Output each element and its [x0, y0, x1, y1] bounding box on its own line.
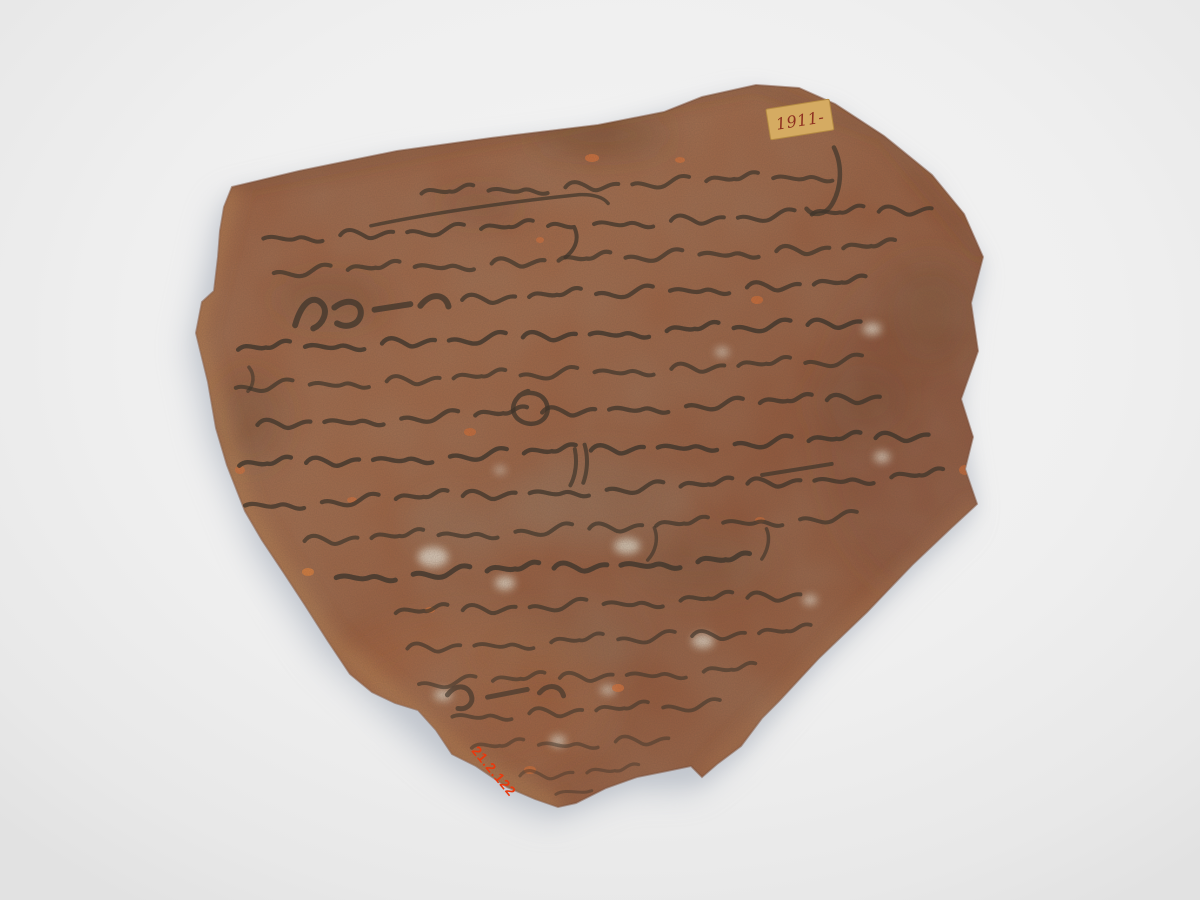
ostracon-photo: 1911- 21.2.122: [0, 0, 1200, 900]
photo-stage: 1911- 21.2.122: [0, 0, 1200, 900]
